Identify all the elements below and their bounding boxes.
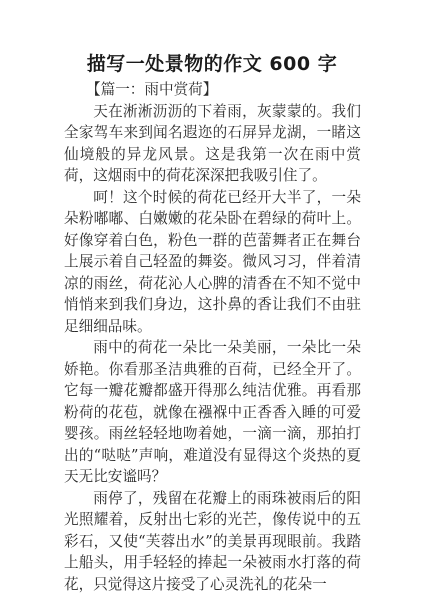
paragraph-2: 呵！这个时候的荷花已经开大半了，一朵朵粉嘟嘟、白嫩嫩的花朵卧在碧绿的荷叶上。好像… xyxy=(64,187,361,338)
paragraph-4: 雨停了，残留在花瓣上的雨珠被雨后的阳光照耀着，反射出七彩的光芒，像传说中的五彩石… xyxy=(64,488,361,596)
document-body: 【篇一：雨中赏荷】 天在淅淅沥沥的下着雨，灰蒙蒙的。我们全家驾车来到闻名遐迩的石… xyxy=(64,79,361,595)
paragraph-1: 天在淅淅沥沥的下着雨，灰蒙蒙的。我们全家驾车来到闻名遐迩的石屏异龙湖，一睹这仙境… xyxy=(64,101,361,187)
document-title: 描写一处景物的作文 600 字 xyxy=(0,49,424,76)
section-heading: 【篇一：雨中赏荷】 xyxy=(86,79,361,101)
paragraph-3: 雨中的荷花一朵比一朵美丽，一朵比一朵娇艳。你看那圣洁典雅的百荷，已经全开了。它每… xyxy=(64,337,361,488)
document-page: 描写一处景物的作文 600 字 【篇一：雨中赏荷】 天在淅淅沥沥的下着雨，灰蒙蒙… xyxy=(0,0,424,600)
